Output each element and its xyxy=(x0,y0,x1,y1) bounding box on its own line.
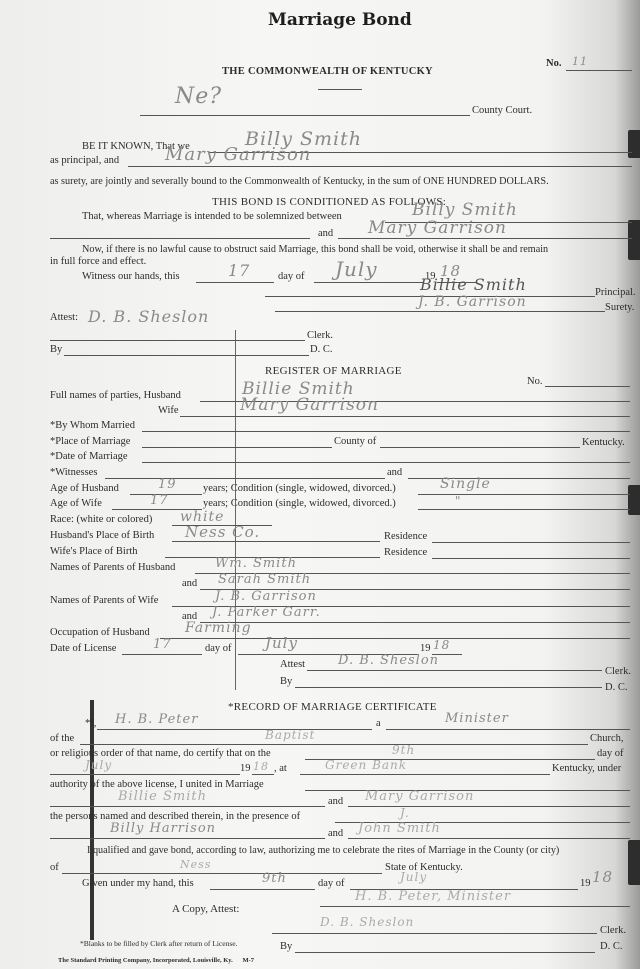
copy-attest-signature[interactable]: D. B. Sheslon xyxy=(320,915,414,929)
document-title: Marriage Bond xyxy=(268,14,412,26)
and-label: and xyxy=(328,796,343,808)
given-month-field[interactable]: July xyxy=(400,870,427,884)
binder-tab xyxy=(628,220,640,260)
dc-label: D. C. xyxy=(600,941,622,953)
officiant-signature[interactable]: H. B. Peter, Minister xyxy=(355,890,511,904)
clerk-label: Clerk. xyxy=(600,925,626,937)
license-day-field[interactable]: 17 xyxy=(153,638,172,652)
age-wife-field[interactable]: 17 xyxy=(150,494,169,508)
parents-husband-label: Names of Parents of Husband xyxy=(50,562,175,574)
dc-label: D. C. xyxy=(310,344,332,356)
as-principal-label: as principal, and xyxy=(50,155,119,167)
certificate-year-field[interactable]: 18 xyxy=(253,760,269,774)
i-label: *I, xyxy=(85,718,96,730)
race-field[interactable]: white xyxy=(180,510,224,524)
witnesses-label: *Witnesses xyxy=(50,467,97,479)
of-the-label: of the xyxy=(50,733,74,745)
form-number: M-7 xyxy=(242,957,254,964)
attest-signature[interactable]: D. B. Sheslon xyxy=(88,310,209,324)
printer-line: The Standard Printing Company, Incorpora… xyxy=(58,955,254,967)
register-wife-field[interactable]: Mary Garrison xyxy=(240,398,379,412)
attest-label: Attest: xyxy=(50,312,78,324)
condition-label: years; Condition (single, widowed, divor… xyxy=(203,483,396,495)
and-label: and xyxy=(328,828,343,840)
register-attest-signature[interactable]: D. B. Sheslon xyxy=(338,654,439,668)
fold-line xyxy=(235,330,236,690)
given-year-field[interactable]: 18 xyxy=(592,870,613,884)
county-court-label: County Court. xyxy=(472,105,532,117)
given-day-field[interactable]: 9th xyxy=(262,872,287,886)
intended-party-2-field[interactable]: Mary Garrison xyxy=(368,221,507,235)
occupation-label: Occupation of Husband xyxy=(50,627,150,639)
copy-attest-label: A Copy, Attest: xyxy=(172,903,239,915)
by-whom-married-label: *By Whom Married xyxy=(50,420,135,432)
wife-birthplace-label: Wife's Place of Birth xyxy=(50,546,138,558)
and-label: and xyxy=(318,228,333,240)
register-no-label: No. xyxy=(527,376,542,388)
church-field[interactable]: Baptist xyxy=(265,728,315,742)
age-husband-field[interactable]: 19 xyxy=(158,478,177,492)
surety-text: as surety, are jointly and severally bou… xyxy=(50,176,549,188)
surety-label: Surety. xyxy=(605,302,634,314)
united-party-1-field[interactable]: Billie Smith xyxy=(118,790,207,804)
condition-label: years; Condition (single, widowed, divor… xyxy=(203,498,396,510)
day-of-label: day of xyxy=(318,878,345,890)
religious-order-text: or religious order of that name, do cert… xyxy=(50,748,271,760)
officiant-field[interactable]: H. B. Peter xyxy=(115,713,198,727)
printer-name: The Standard Printing Company, Incorpora… xyxy=(58,957,233,964)
by-label: By xyxy=(50,344,62,356)
license-year-field[interactable]: 18 xyxy=(433,638,450,652)
condition-husband-field[interactable]: Single xyxy=(440,477,491,491)
binder-tab xyxy=(628,485,640,515)
document-subtitle: THE COMMONWEALTH OF KENTUCKY xyxy=(222,66,433,78)
age-of-husband-label: Age of Husband xyxy=(50,483,119,495)
occupation-field[interactable]: Farming xyxy=(185,621,252,635)
marriage-bond-document: Marriage Bond THE COMMONWEALTH OF KENTUC… xyxy=(0,0,640,969)
at-label: , at xyxy=(274,763,287,775)
parent-wife-2-field[interactable]: J. Parker Garr. xyxy=(212,606,321,620)
by-label: By xyxy=(280,676,292,688)
now-text-2: in full force and effect. xyxy=(50,256,146,268)
condition-wife-field[interactable]: " xyxy=(455,494,462,508)
presence-field[interactable]: J. xyxy=(400,806,410,820)
witness-day-field[interactable]: 17 xyxy=(228,264,250,278)
day-of-label: day of xyxy=(278,271,305,283)
surety-signature[interactable]: J. B. Garrison xyxy=(418,295,527,309)
witness-1-field[interactable]: Billy Harrison xyxy=(110,822,216,836)
footer-note: *Blanks to be filled by Clerk after retu… xyxy=(80,938,237,950)
witness-2-field[interactable]: John Smith xyxy=(358,822,441,836)
dc-label: D. C. xyxy=(605,682,627,694)
husband-birthplace-label: Husband's Place of Birth xyxy=(50,530,154,542)
kentucky-under-label: Kentucky, under xyxy=(552,763,621,775)
clerk-label: Clerk. xyxy=(605,666,631,678)
by-label: By xyxy=(280,941,292,953)
bond-number-value[interactable]: 11 xyxy=(572,55,588,69)
principal-label: Principal. xyxy=(595,287,636,299)
intended-party-1-field[interactable]: Billy Smith xyxy=(412,203,518,217)
county-court-value[interactable]: Ne? xyxy=(175,90,222,104)
now-text-1: Now, if there is no lawful cause to obst… xyxy=(82,244,548,256)
race-label: Race: (white or colored) xyxy=(50,514,152,526)
united-party-2-field[interactable]: Mary Garrison xyxy=(365,790,474,804)
certificate-county-field[interactable]: Ness xyxy=(180,858,211,872)
kentucky-label: Kentucky. xyxy=(582,437,625,449)
and-label: and xyxy=(182,578,197,590)
year-prefix: 19 xyxy=(580,878,591,890)
date-of-marriage-label: *Date of Marriage xyxy=(50,451,128,463)
certificate-day-field[interactable]: 9th xyxy=(392,743,415,757)
age-of-wife-label: Age of Wife xyxy=(50,498,102,510)
principal-signature[interactable]: Billie Smith xyxy=(420,278,527,292)
license-month-field[interactable]: July xyxy=(265,636,298,650)
residence-label: Residence xyxy=(384,547,427,559)
witness-month-field[interactable]: July xyxy=(335,262,378,276)
register-husband-field[interactable]: Billie Smith xyxy=(242,382,355,396)
register-heading: REGISTER OF MARRIAGE xyxy=(265,365,402,377)
qualified-text: I qualified and gave bond, according to … xyxy=(87,845,559,857)
attest-label: Attest xyxy=(280,659,305,671)
of-label: of xyxy=(50,862,59,874)
surety-name-field[interactable]: Mary Garrison xyxy=(165,148,311,162)
wife-label: Wife xyxy=(158,405,179,417)
and-label: and xyxy=(387,467,402,479)
day-of-label: day of xyxy=(597,748,624,760)
a-label: a xyxy=(376,718,381,730)
clerk-label: Clerk. xyxy=(307,330,333,342)
certificate-month-field[interactable]: July xyxy=(85,758,112,772)
parents-wife-label: Names of Parents of Wife xyxy=(50,595,158,607)
church-label: Church, xyxy=(590,733,624,745)
residence-label: Residence xyxy=(384,531,427,543)
whereas-text: That, whereas Marriage is intended to be… xyxy=(82,211,342,223)
certificate-place-field[interactable]: Green Bank xyxy=(325,758,407,772)
parent-wife-1-field[interactable]: J. B. Garrison xyxy=(215,590,317,604)
date-of-license-label: Date of License xyxy=(50,643,116,655)
officiant-title-field[interactable]: Minister xyxy=(445,712,509,726)
parent-husband-1-field[interactable]: Wm. Smith xyxy=(215,557,297,571)
certificate-heading: *RECORD OF MARRIAGE CERTIFICATE xyxy=(228,701,437,713)
parent-husband-2-field[interactable]: Sarah Smith xyxy=(218,573,311,587)
number-label: No. xyxy=(546,58,561,70)
binder-tab xyxy=(628,130,640,158)
year-prefix: 19 xyxy=(240,763,251,775)
witness-label: Witness our hands, this xyxy=(82,271,180,283)
binder-tab xyxy=(628,840,640,885)
husband-birthplace-field[interactable]: Ness Co. xyxy=(185,525,260,539)
day-of-label: day of xyxy=(205,643,232,655)
husband-label: Full names of parties, Husband xyxy=(50,390,181,402)
county-of-label: County of xyxy=(334,436,376,448)
given-label: Given under my hand, this xyxy=(82,878,194,890)
place-of-marriage-label: *Place of Marriage xyxy=(50,436,130,448)
